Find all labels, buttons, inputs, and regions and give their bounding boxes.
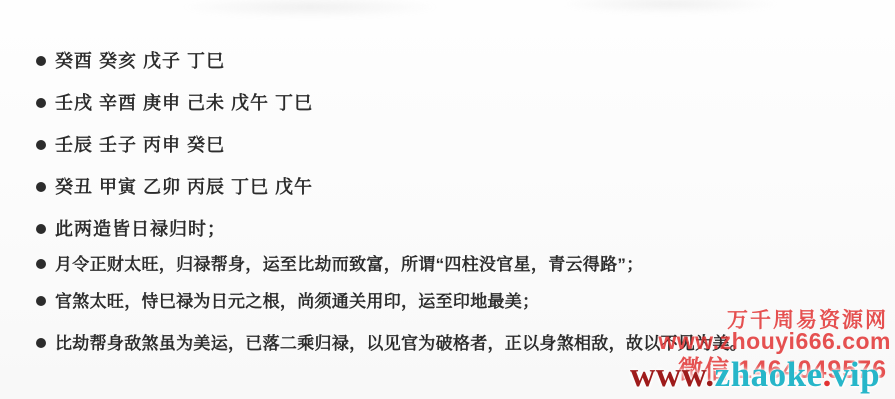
watermark-zhaoke-domain: zhaoke xyxy=(715,355,823,394)
bullet-text: 癸丑 甲寅 乙卯 丙辰 丁巳 戊午 xyxy=(55,176,313,198)
bullet-line-pillars-2: 壬戌 辛酉 庚申 己未 戊午 丁巳 xyxy=(36,92,313,114)
top-ghost-artifact xyxy=(560,0,780,14)
top-ghost-artifact xyxy=(180,0,440,18)
watermark-zhaoke-dot: . xyxy=(823,355,832,394)
watermark-url-zhaoke: www.zhaoke.vip xyxy=(630,356,880,394)
bullet-dot-icon xyxy=(36,98,46,108)
slide-page: 癸酉 癸亥 戊子 丁巳 壬戌 辛酉 庚申 己未 戊午 丁巳 壬辰 壬子 丙申 癸… xyxy=(0,0,895,399)
bullet-text: 癸酉 癸亥 戊子 丁巳 xyxy=(55,50,225,72)
bullet-dot-icon xyxy=(36,182,46,192)
watermark-zhaoke-tld: vip xyxy=(832,355,880,394)
bullet-text: 比劫帮身敌煞虽为美运，已落二乘归禄，以见官为破格者，正以身煞相敌，故以不见为美。 xyxy=(55,333,747,355)
bullet-dot-icon xyxy=(36,338,46,348)
bullet-line-note-3: 比劫帮身敌煞虽为美运，已落二乘归禄，以见官为破格者，正以身煞相敌，故以不见为美。 xyxy=(36,333,747,355)
bullet-dot-icon xyxy=(36,56,46,66)
watermark-zhaoke-www: www. xyxy=(630,355,715,394)
bullet-text: 壬辰 壬子 丙申 癸巳 xyxy=(55,134,225,156)
bullet-line-note-1: 月令正财太旺，归禄帮身，运至比劫而致富，所谓“四柱没官星，青云得路”； xyxy=(36,254,644,276)
bullet-dot-icon xyxy=(36,224,46,234)
bullet-line-note-2: 官煞太旺，恃巳禄为日元之根，尚须通关用印，运至印地最美； xyxy=(36,291,539,313)
bullet-text: 此两造皆日禄归时； xyxy=(55,218,226,240)
bullet-dot-icon xyxy=(36,296,46,306)
bullet-text: 官煞太旺，恃巳禄为日元之根，尚须通关用印，运至印地最美； xyxy=(55,291,539,313)
bullet-line-pillars-3: 壬辰 壬子 丙申 癸巳 xyxy=(36,134,225,156)
bullet-line-summary: 此两造皆日禄归时； xyxy=(36,218,226,240)
bullet-text: 月令正财太旺，归禄帮身，运至比劫而致富，所谓“四柱没官星，青云得路”； xyxy=(55,254,644,276)
bullet-line-pillars-1: 癸酉 癸亥 戊子 丁巳 xyxy=(36,50,225,72)
bullet-dot-icon xyxy=(36,259,46,269)
bullet-line-pillars-4: 癸丑 甲寅 乙卯 丙辰 丁巳 戊午 xyxy=(36,176,313,198)
bullet-text: 壬戌 辛酉 庚申 己未 戊午 丁巳 xyxy=(55,92,313,114)
bullet-dot-icon xyxy=(36,140,46,150)
